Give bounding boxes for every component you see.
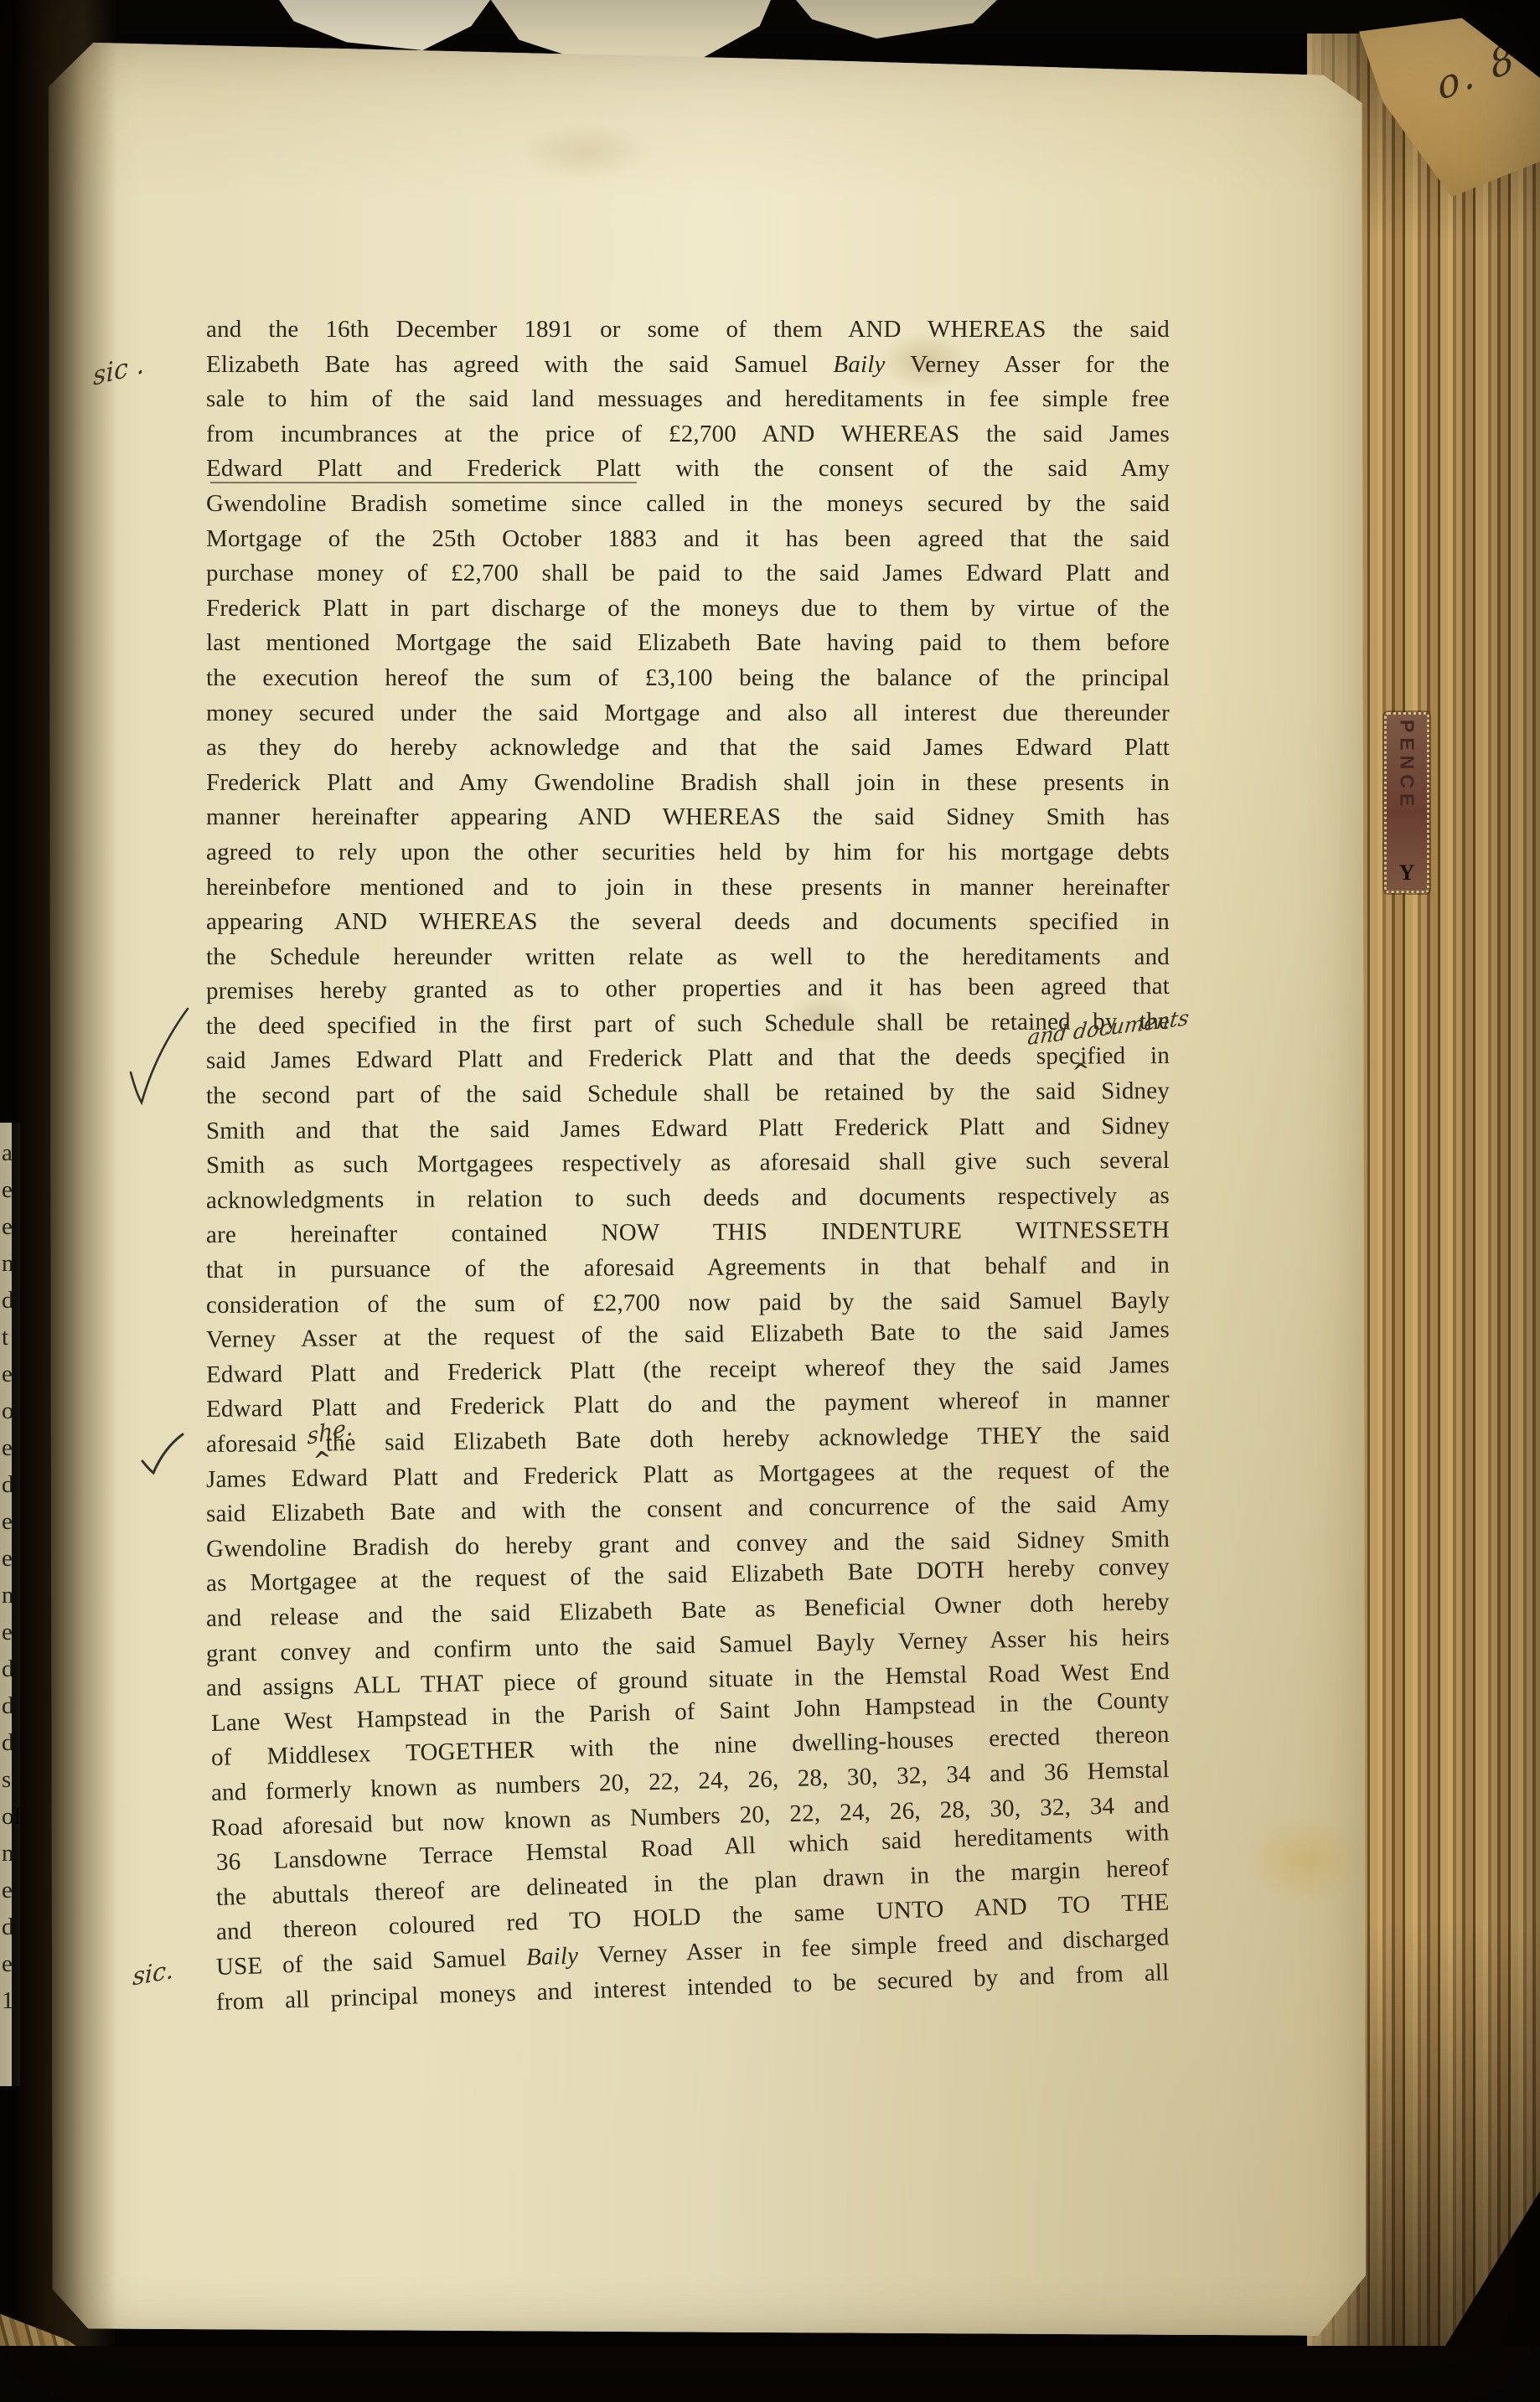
- stamp-letter: Y: [1399, 860, 1415, 886]
- revenue-stamp: PENCE Y: [1384, 712, 1429, 893]
- page-stain: [518, 122, 652, 181]
- deed-text-line: Frederick Platt and Amy Gwendoline Bradi…: [206, 766, 1170, 801]
- deed-text-line: the execution hereof the sum of £3,100 b…: [206, 661, 1170, 696]
- insertion-caret: ^: [312, 1447, 333, 1474]
- deed-text-line: the second part of the said Schedule sha…: [206, 1074, 1170, 1114]
- deed-text-line: Elizabeth Bate has agreed with the said …: [206, 348, 1170, 383]
- deed-text-line: Smith as such Mortgagees respectively as…: [206, 1144, 1170, 1184]
- binding-shadow: [12, 0, 117, 2402]
- deed-text-line: from incumbrances at the price of £2,700…: [206, 417, 1170, 452]
- deed-text-line: sale to him of the said land messuages a…: [206, 382, 1170, 417]
- deed-text-line: are hereinafter contained NOW THIS INDEN…: [206, 1213, 1170, 1253]
- deed-text-line: purchase money of £2,700 shall be paid t…: [206, 556, 1170, 591]
- deed-text-line: premises hereby granted as to other prop…: [206, 969, 1170, 1010]
- deed-text-line: said James Edward Platt and Frederick Pl…: [206, 1039, 1170, 1079]
- background-top: [0, 0, 1540, 34]
- deed-text-line: that in pursuance of the aforesaid Agree…: [206, 1248, 1170, 1289]
- deed-text-line: hereinbefore mentioned and to join in th…: [206, 870, 1170, 906]
- deed-text-line: Mortgage of the 25th October 1883 and it…: [206, 522, 1170, 557]
- deed-text-line: Frederick Platt in part discharge of the…: [206, 591, 1170, 627]
- deed-text-line: Edward Platt and Frederick Platt with th…: [206, 452, 1170, 487]
- stamp-pence-text: PENCE: [1396, 720, 1419, 811]
- deed-text-line: the deed specified in the first part of …: [206, 1005, 1170, 1045]
- deed-text-line: money secured under the said Mortgage an…: [206, 696, 1170, 731]
- checkmark-icon: [136, 1428, 188, 1480]
- book-scan: o. 8 and the 16th December 1891 or some …: [0, 0, 1540, 2402]
- deed-text-line: Smith and that the said James Edward Pla…: [206, 1109, 1170, 1149]
- register-page: and the 16th December 1891 or some of th…: [49, 22, 1366, 2343]
- deed-text-line: and the 16th December 1891 or some of th…: [206, 313, 1170, 348]
- background-bottom: [0, 2346, 1540, 2402]
- deed-text-line: last mentioned Mortgage the said Elizabe…: [206, 626, 1170, 661]
- checkmark-icon: [126, 1000, 194, 1111]
- sic-annotation-bottom: sic.: [132, 1955, 174, 1991]
- deed-text-block: and the 16th December 1891 or some of th…: [206, 313, 1170, 2020]
- page-stain: [1247, 1815, 1364, 1907]
- deed-text-line: appearing AND WHEREAS the several deeds …: [206, 905, 1170, 940]
- torn-paper-fragment: [279, 0, 490, 50]
- deed-text-line: as they do hereby acknowledge and that t…: [206, 731, 1170, 766]
- deed-text-line: Gwendoline Bradish sometime since called…: [206, 487, 1170, 522]
- deed-text-line: acknowledgments in relation to such deed…: [206, 1179, 1170, 1219]
- checkmark-annotation: [136, 1428, 188, 1480]
- insertion-caret: ^: [1071, 1058, 1092, 1085]
- checkmark-annotation: [126, 1000, 194, 1111]
- deed-text-line: agreed to rely upon the other securities…: [206, 835, 1170, 870]
- deed-text-line: manner hereinafter appearing AND WHEREAS…: [206, 800, 1170, 835]
